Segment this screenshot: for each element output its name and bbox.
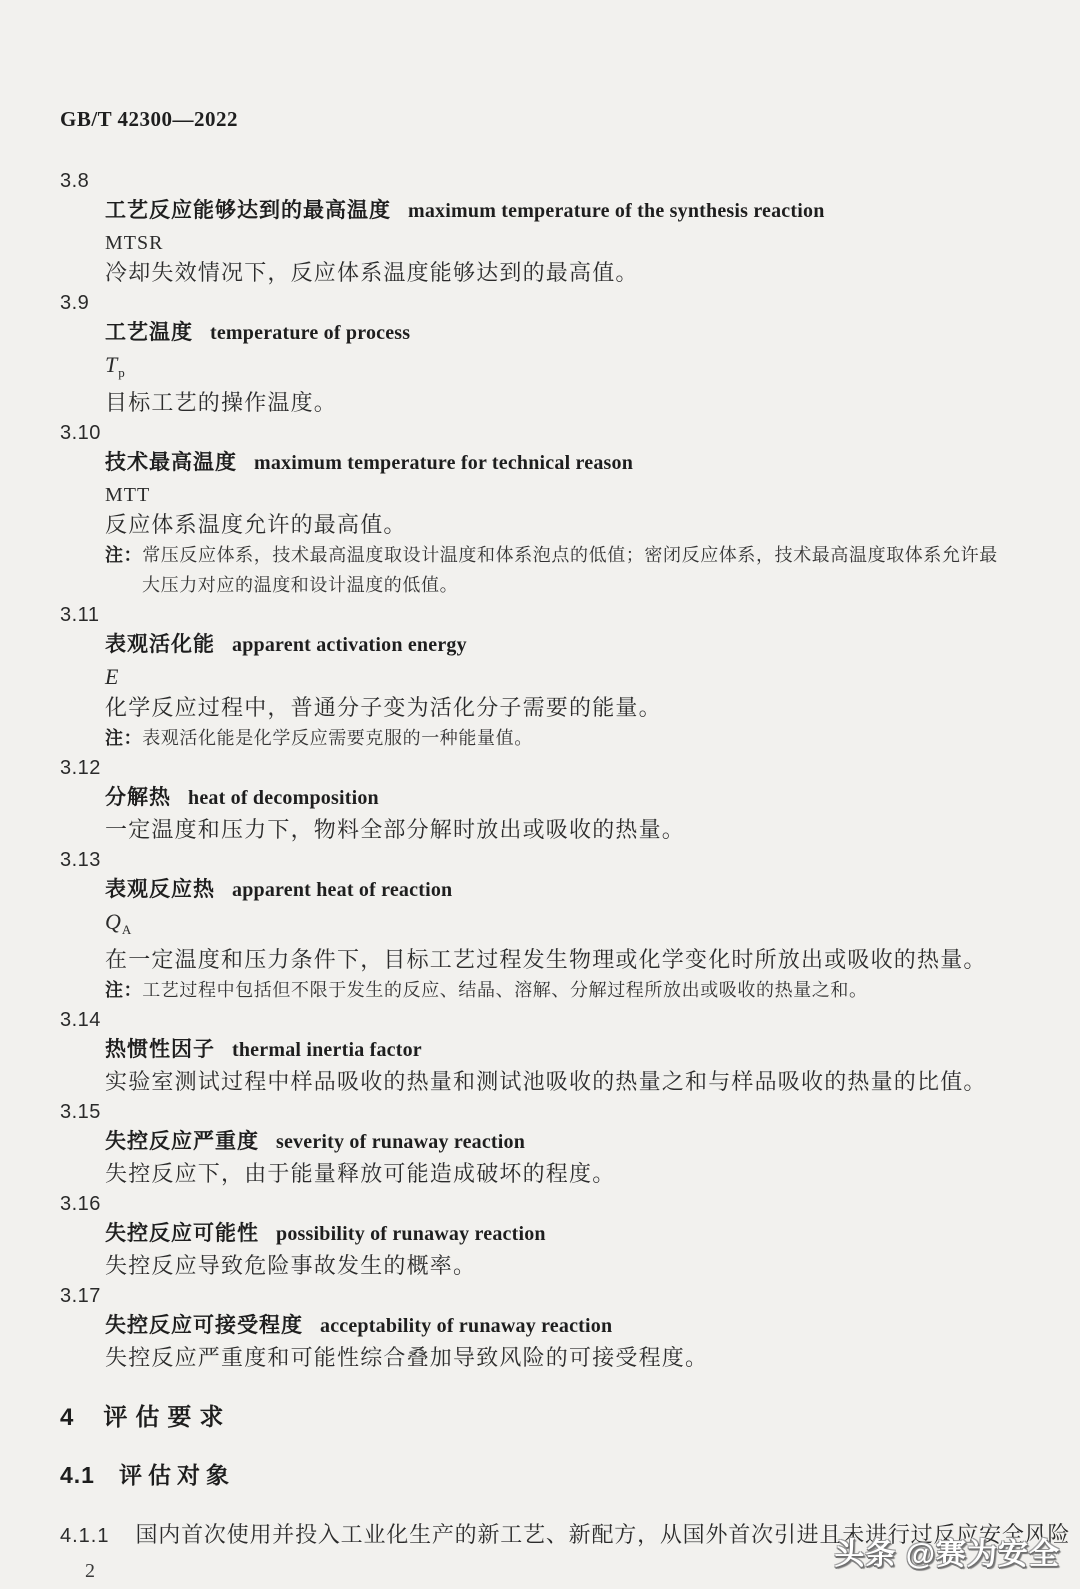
term-line: 热惯性因子thermal inertia factor bbox=[105, 1035, 1020, 1067]
term-symbol: Tp bbox=[105, 350, 1020, 388]
clause-number: 3.8 bbox=[60, 166, 1020, 196]
term-line: 技术最高温度maximum temperature for technical … bbox=[105, 448, 1020, 480]
definition-text: 冷却失效情况下，反应体系温度能够达到的最高值。 bbox=[105, 258, 1020, 288]
subsection-title: 评估对象 bbox=[119, 1462, 235, 1488]
clause-number: 3.10 bbox=[60, 418, 1020, 448]
definition-text: 化学反应过程中，普通分子变为活化分子需要的能量。 bbox=[105, 693, 1020, 723]
term-chinese: 技术最高温度 bbox=[105, 451, 237, 474]
term-chinese: 失控反应严重度 bbox=[105, 1130, 259, 1153]
term-line: 失控反应可能性possibility of runaway reaction bbox=[105, 1219, 1020, 1251]
chapter-heading: 4评估要求 bbox=[60, 1403, 1020, 1433]
document-page: GB/T 42300—2022 3.8 工艺反应能够达到的最高温度maximum… bbox=[0, 0, 1080, 1586]
chapter-number: 4 bbox=[60, 1404, 73, 1431]
term-line: 工艺温度temperature of process bbox=[105, 318, 1020, 350]
clause-number: 3.13 bbox=[60, 845, 1020, 875]
term-symbol: QA bbox=[105, 907, 1020, 945]
definition-3-15: 3.15 失控反应严重度severity of runaway reaction… bbox=[60, 1097, 1020, 1189]
definition-text: 在一定温度和压力条件下，目标工艺过程发生物理或化学变化时所放出或吸收的热量。 bbox=[105, 945, 1020, 975]
definition-text: 失控反应严重度和可能性综合叠加导致风险的可接受程度。 bbox=[105, 1343, 1020, 1373]
term-english: possibility of runaway reaction bbox=[276, 1223, 546, 1245]
note-text: 常压反应体系，技术最高温度取设计温度和体系泡点的低值；密闭反应体系，技术最高温度… bbox=[142, 545, 998, 595]
note-label: 注： bbox=[105, 980, 142, 1000]
clause-number: 3.15 bbox=[60, 1097, 1020, 1127]
term-chinese: 工艺温度 bbox=[105, 321, 193, 344]
definition-text: 目标工艺的操作温度。 bbox=[105, 388, 1020, 418]
term-symbol: E bbox=[105, 662, 1020, 693]
definition-text: 实验室测试过程中样品吸收的热量和测试池吸收的热量之和与样品吸收的热量的比值。 bbox=[105, 1067, 1020, 1097]
definition-3-16: 3.16 失控反应可能性possibility of runaway react… bbox=[60, 1189, 1020, 1281]
watermark: 头条 @赛为安全 bbox=[834, 1529, 1060, 1573]
definition-3-17: 3.17 失控反应可接受程度acceptability of runaway r… bbox=[60, 1281, 1020, 1373]
term-chinese: 失控反应可接受程度 bbox=[105, 1314, 303, 1337]
term-line: 失控反应严重度severity of runaway reaction bbox=[105, 1127, 1020, 1159]
term-line: 分解热heat of decomposition bbox=[105, 783, 1020, 815]
clause-number: 3.17 bbox=[60, 1281, 1020, 1311]
term-chinese: 分解热 bbox=[105, 786, 171, 809]
definition-3-8: 3.8 工艺反应能够达到的最高温度maximum temperature of … bbox=[60, 166, 1020, 288]
clause-number: 3.11 bbox=[60, 600, 1020, 630]
symbol-base: Q bbox=[105, 909, 122, 934]
symbol-base: T bbox=[105, 352, 118, 377]
term-english: temperature of process bbox=[210, 322, 410, 344]
definition-3-13: 3.13 表观反应热apparent heat of reaction QA 在… bbox=[60, 845, 1020, 1005]
term-english: acceptability of runaway reaction bbox=[320, 1315, 612, 1337]
symbol-base: E bbox=[105, 664, 119, 689]
definition-text: 一定温度和压力下，物料全部分解时放出或吸收的热量。 bbox=[105, 815, 1020, 845]
definition-3-10: 3.10 技术最高温度maximum temperature for techn… bbox=[60, 418, 1020, 600]
term-chinese: 表观反应热 bbox=[105, 878, 215, 901]
terms-and-definitions: 3.8 工艺反应能够达到的最高温度maximum temperature of … bbox=[60, 166, 1020, 1373]
clause-number: 3.14 bbox=[60, 1005, 1020, 1035]
subsection-heading: 4.1评估对象 bbox=[60, 1460, 1020, 1490]
term-english: severity of runaway reaction bbox=[276, 1131, 525, 1153]
definition-3-14: 3.14 热惯性因子thermal inertia factor 实验室测试过程… bbox=[60, 1005, 1020, 1097]
term-english: apparent activation energy bbox=[232, 634, 467, 656]
term-line: 表观反应热apparent heat of reaction bbox=[105, 875, 1020, 907]
definition-3-9: 3.9 工艺温度temperature of process Tp 目标工艺的操… bbox=[60, 288, 1020, 418]
definition-note: 注：常压反应体系，技术最高温度取设计温度和体系泡点的低值；密闭反应体系，技术最高… bbox=[105, 540, 1002, 600]
term-english: thermal inertia factor bbox=[232, 1039, 422, 1061]
clause-number: 3.9 bbox=[60, 288, 1020, 318]
term-chinese: 热惯性因子 bbox=[105, 1038, 215, 1061]
definition-text: 失控反应下，由于能量释放可能造成破坏的程度。 bbox=[105, 1159, 1020, 1189]
clause-number: 4.1.1 bbox=[60, 1525, 109, 1547]
term-english: maximum temperature of the synthesis rea… bbox=[408, 200, 825, 222]
note-label: 注： bbox=[105, 545, 142, 565]
term-line: 工艺反应能够达到的最高温度maximum temperature of the … bbox=[105, 196, 1020, 228]
term-chinese: 失控反应可能性 bbox=[105, 1222, 259, 1245]
clause-number: 3.12 bbox=[60, 753, 1020, 783]
subsection-number: 4.1 bbox=[60, 1462, 95, 1488]
term-chinese: 表观活化能 bbox=[105, 633, 215, 656]
term-line: 表观活化能apparent activation energy bbox=[105, 630, 1020, 662]
term-english: maximum temperature for technical reason bbox=[254, 452, 633, 474]
term-line: 失控反应可接受程度acceptability of runaway reacti… bbox=[105, 1311, 1020, 1343]
term-symbol: MTT bbox=[105, 480, 1020, 510]
symbol-subscript: A bbox=[122, 922, 131, 937]
definition-3-12: 3.12 分解热heat of decomposition 一定温度和压力下，物… bbox=[60, 753, 1020, 845]
symbol-subscript: p bbox=[118, 365, 125, 380]
term-chinese: 工艺反应能够达到的最高温度 bbox=[105, 199, 391, 222]
term-symbol: MTSR bbox=[105, 228, 1020, 258]
note-text: 表观活化能是化学反应需要克服的一种能量值。 bbox=[142, 728, 533, 748]
clause-number: 3.16 bbox=[60, 1189, 1020, 1219]
term-english: apparent heat of reaction bbox=[232, 879, 452, 901]
definition-note: 注：工艺过程中包括但不限于发生的反应、结晶、溶解、分解过程所放出或吸收的热量之和… bbox=[105, 975, 1002, 1005]
standard-code: GB/T 42300—2022 bbox=[60, 104, 1020, 134]
definition-3-11: 3.11 表观活化能apparent activation energy E 化… bbox=[60, 600, 1020, 753]
term-english: heat of decomposition bbox=[188, 787, 379, 809]
definition-note: 注：表观活化能是化学反应需要克服的一种能量值。 bbox=[105, 723, 1002, 753]
note-text: 工艺过程中包括但不限于发生的反应、结晶、溶解、分解过程所放出或吸收的热量之和。 bbox=[142, 980, 867, 1000]
chapter-title: 评估要求 bbox=[103, 1404, 231, 1431]
definition-text: 失控反应导致危险事故发生的概率。 bbox=[105, 1251, 1020, 1281]
definition-text: 反应体系温度允许的最高值。 bbox=[105, 510, 1020, 540]
note-label: 注： bbox=[105, 728, 142, 748]
